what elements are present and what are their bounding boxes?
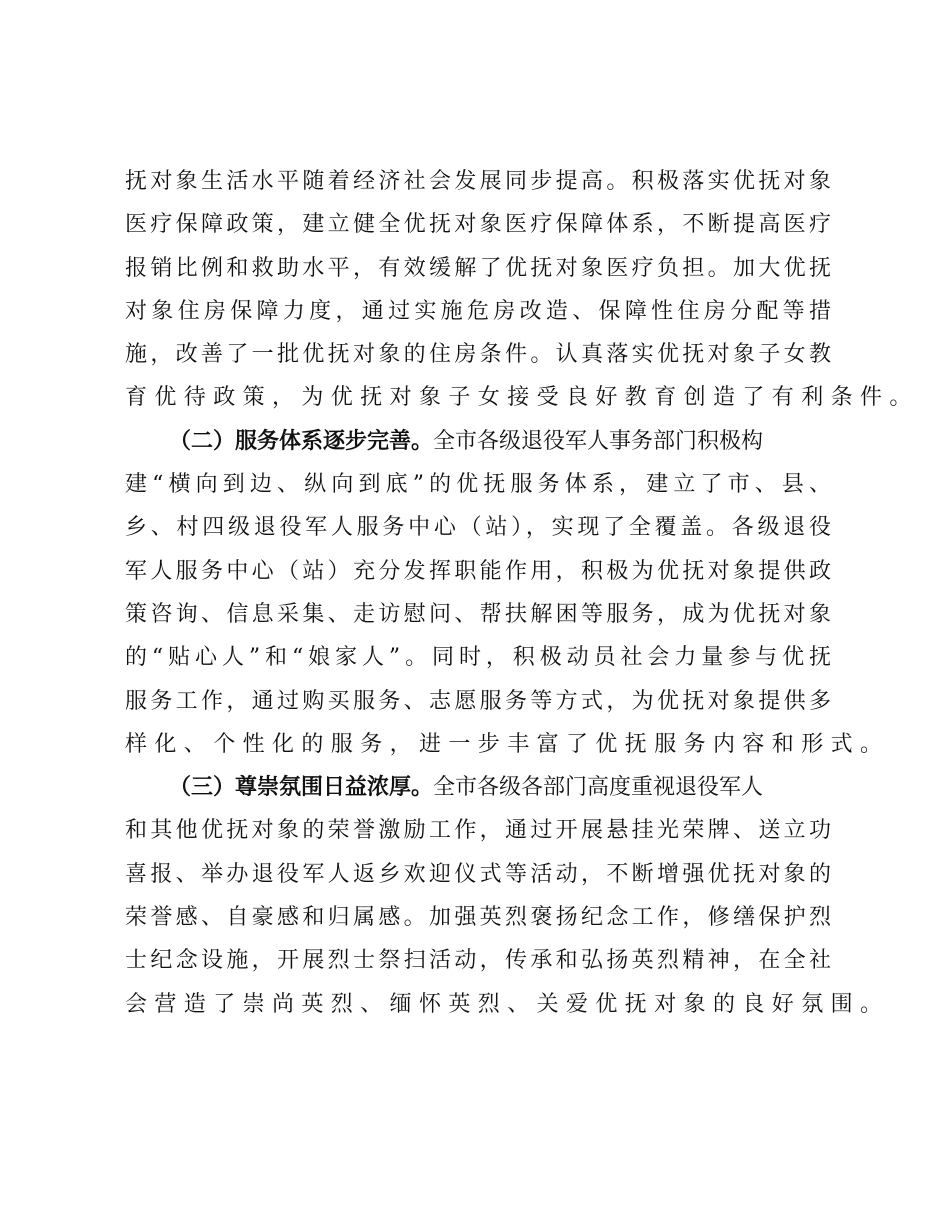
text-line: 建“横向到边、纵向到底”的优抚服务体系，建立了市、县、 xyxy=(125,463,831,506)
text-line: 施，改善了一批优抚对象的住房条件。认真落实优抚对象子女教 xyxy=(125,333,831,376)
text-line: （三）尊崇氛围日益浓厚。全市各级各部门高度重视退役军人 xyxy=(125,766,831,809)
text-line: 医疗保障政策，建立健全优抚对象医疗保障体系，不断提高医疗 xyxy=(125,203,831,246)
paragraph-1: 抚对象生活水平随着经济社会发展同步提高。积极落实优抚对象 医疗保障政策，建立健全… xyxy=(125,160,831,420)
text-line: 抚对象生活水平随着经济社会发展同步提高。积极落实优抚对象 xyxy=(125,160,831,203)
paragraph-3: （三）尊崇氛围日益浓厚。全市各级各部门高度重视退役军人 和其他优抚对象的荣誉激励… xyxy=(125,766,831,1026)
text-line: 和其他优抚对象的荣誉激励工作，通过开展悬挂光荣牌、送立功 xyxy=(125,809,831,852)
text-run: 全市各级退役军人事务部门积极构 xyxy=(433,429,763,454)
text-line: 育优待政策，为优抚对象子女接受良好教育创造了有利条件。 xyxy=(125,376,831,419)
text-run: 全市各级各部门高度重视退役军人 xyxy=(433,775,763,800)
text-line: 会营造了崇尚英烈、缅怀英烈、关爱优抚对象的良好氛围。 xyxy=(125,983,831,1026)
text-line: 服务工作，通过购买服务、志愿服务等方式，为优抚对象提供多 xyxy=(125,680,831,723)
text-line: 士纪念设施，开展烈士祭扫活动，传承和弘扬英烈精神，在全社 xyxy=(125,939,831,982)
section-heading: （三）尊崇氛围日益浓厚。 xyxy=(169,774,433,800)
text-line: 报销比例和救助水平，有效缓解了优抚对象医疗负担。加大优抚 xyxy=(125,247,831,290)
text-line: 乡、村四级退役军人服务中心（站），实现了全覆盖。各级退役 xyxy=(125,506,831,549)
text-line: （二）服务体系逐步完善。全市各级退役军人事务部门积极构 xyxy=(125,420,831,463)
text-line: 策咨询、信息采集、走访慰问、帮扶解困等服务，成为优抚对象 xyxy=(125,593,831,636)
text-line: 对象住房保障力度，通过实施危房改造、保障性住房分配等措 xyxy=(125,290,831,333)
text-line: 的“贴心人”和“娘家人”。同时，积极动员社会力量参与优抚 xyxy=(125,636,831,679)
text-line: 喜报、举办退役军人返乡欢迎仪式等活动，不断增强优抚对象的 xyxy=(125,853,831,896)
text-line: 军人服务中心（站）充分发挥职能作用，积极为优抚对象提供政 xyxy=(125,550,831,593)
text-line: 样化、个性化的服务，进一步丰富了优抚服务内容和形式。 xyxy=(125,723,831,766)
paragraph-2: （二）服务体系逐步完善。全市各级退役军人事务部门积极构 建“横向到边、纵向到底”… xyxy=(125,420,831,766)
section-heading: （二）服务体系逐步完善。 xyxy=(169,428,433,454)
text-line: 荣誉感、自豪感和归属感。加强英烈褒扬纪念工作，修缮保护烈 xyxy=(125,896,831,939)
document-page: 抚对象生活水平随着经济社会发展同步提高。积极落实优抚对象 医疗保障政策，建立健全… xyxy=(125,160,831,1026)
